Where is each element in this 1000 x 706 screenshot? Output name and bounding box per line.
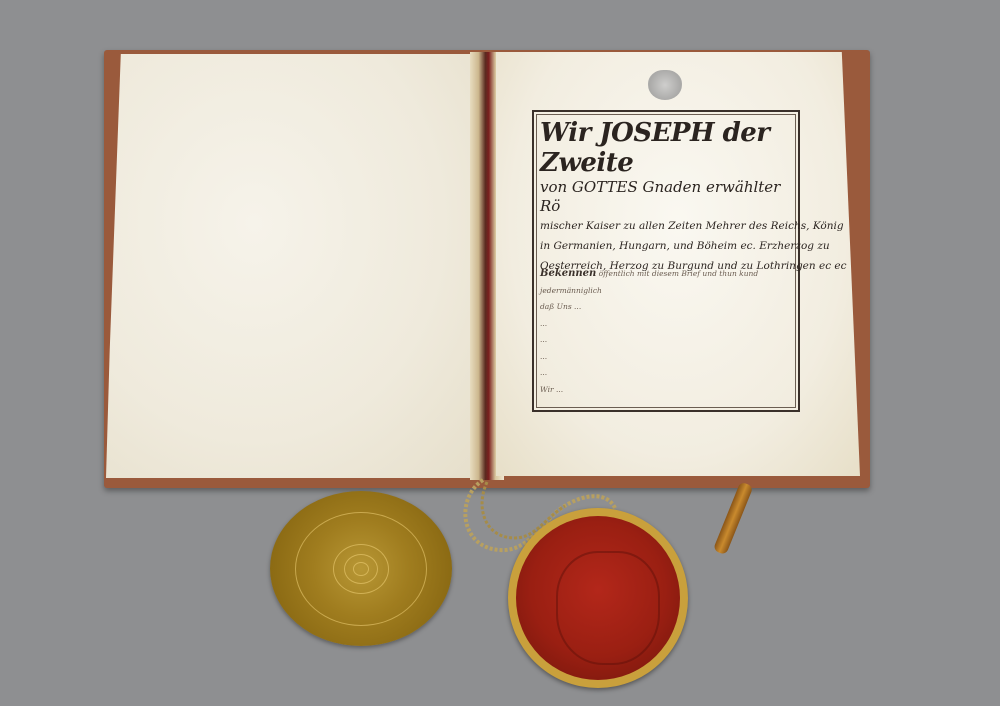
red-wax-seal (516, 516, 680, 680)
heading-line: in Germanien, Hungarn, und Böheim ec. Er… (540, 236, 792, 256)
body-line: ... (540, 349, 792, 366)
body-first-word: Bekennen (540, 268, 596, 279)
blank-left-page (106, 54, 476, 478)
heading-line: mischer Kaiser zu allen Zeiten Mehrer de… (540, 216, 792, 236)
body-line: ... (540, 398, 792, 415)
body-line: daß Uns ... (540, 299, 792, 316)
heading-line: von GOTTES Gnaden erwählter Rö (540, 178, 792, 216)
charter-heading: Wir JOSEPH der Zweite von GOTTES Gnaden … (540, 118, 792, 276)
bookmark-ribbon (713, 481, 754, 555)
coat-of-arms-icon (556, 551, 660, 665)
brass-capsule-lid (270, 491, 452, 646)
lid-ring (353, 562, 369, 576)
double-eagle-emblem-icon (648, 70, 682, 100)
body-line: ... (540, 332, 792, 349)
wax-seal-capsule (508, 508, 688, 688)
heading-line: Wir JOSEPH der Zweite (540, 118, 792, 178)
photo-scene: Wir JOSEPH der Zweite von GOTTES Gnaden … (0, 0, 1000, 706)
body-line: ... (540, 316, 792, 333)
charter-body: Bekennen öffentlich mit diesem Brief und… (540, 266, 792, 415)
body-line: ... (540, 365, 792, 382)
body-line: Wir ... (540, 382, 792, 399)
